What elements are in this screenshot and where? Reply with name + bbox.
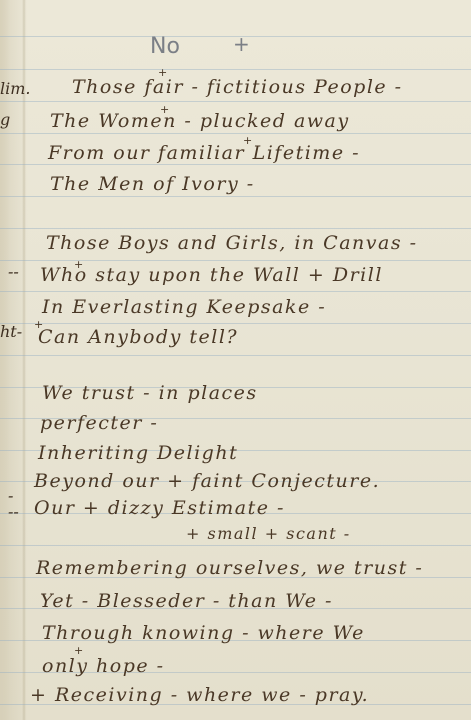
manuscript-line: Remembering ourselves, we trust - [36, 557, 423, 579]
margin-fragment: lim. [0, 79, 31, 98]
ruled-line [0, 228, 471, 229]
insertion-mark: + [34, 318, 43, 331]
ruled-line [0, 133, 471, 134]
margin-fragment: -- [8, 262, 19, 281]
ruled-line [0, 101, 471, 102]
ruled-line [0, 260, 471, 261]
margin-fold-line [22, 0, 26, 720]
manuscript-line: Through knowing - where We [42, 622, 365, 644]
torn-paper-edge [0, 0, 10, 720]
manuscript-line: only hope - [42, 655, 165, 677]
manuscript-line: We trust - in places [42, 382, 258, 404]
insertion-mark: + [74, 644, 83, 657]
manuscript-line: Inheriting Delight [38, 442, 238, 464]
manuscript-line: The Men of Ivory - [50, 173, 255, 195]
manuscript-line: In Everlasting Keepsake - [42, 296, 326, 318]
manuscript-line: Our + dizzy Estimate - [34, 497, 285, 519]
pencil-number-annotation: No [150, 34, 180, 59]
manuscript-line: Those fair - fictitious People - [72, 76, 403, 98]
ruled-line [0, 291, 471, 292]
insertion-mark: + [74, 258, 83, 271]
manuscript-line: perfecter - [40, 412, 158, 434]
pencil-cross-annotation: + [233, 32, 250, 56]
manuscript-line: Beyond our + faint Conjecture. [34, 470, 380, 492]
ruled-line [0, 323, 471, 324]
manuscript-line: From our familiar Lifetime - [48, 142, 360, 164]
margin-fragment: g [0, 110, 10, 129]
insertion-mark: + [160, 103, 169, 116]
manuscript-line: + small + scant - [186, 524, 351, 543]
margin-fragment: -- [8, 502, 19, 521]
ruled-line [0, 545, 471, 546]
manuscript-line: Can Anybody tell? [38, 326, 238, 348]
manuscript-line: + Receiving - where we - pray. [30, 684, 369, 706]
manuscript-line: The Women - plucked away [50, 110, 350, 132]
ruled-line [0, 196, 471, 197]
manuscript-line: Yet - Blesseder - than We - [40, 590, 333, 612]
manuscript-line: Those Boys and Girls, in Canvas - [46, 232, 418, 254]
ruled-line [0, 164, 471, 165]
ruled-line [0, 69, 471, 70]
margin-fragment: ht- [0, 322, 22, 341]
insertion-mark: + [243, 134, 252, 147]
insertion-mark: + [158, 66, 167, 79]
manuscript-page: No + lim. g -- ht- - -- Those fair - fic… [0, 0, 471, 720]
ruled-line [0, 355, 471, 356]
manuscript-line: Who stay upon the Wall + Drill [40, 264, 383, 286]
